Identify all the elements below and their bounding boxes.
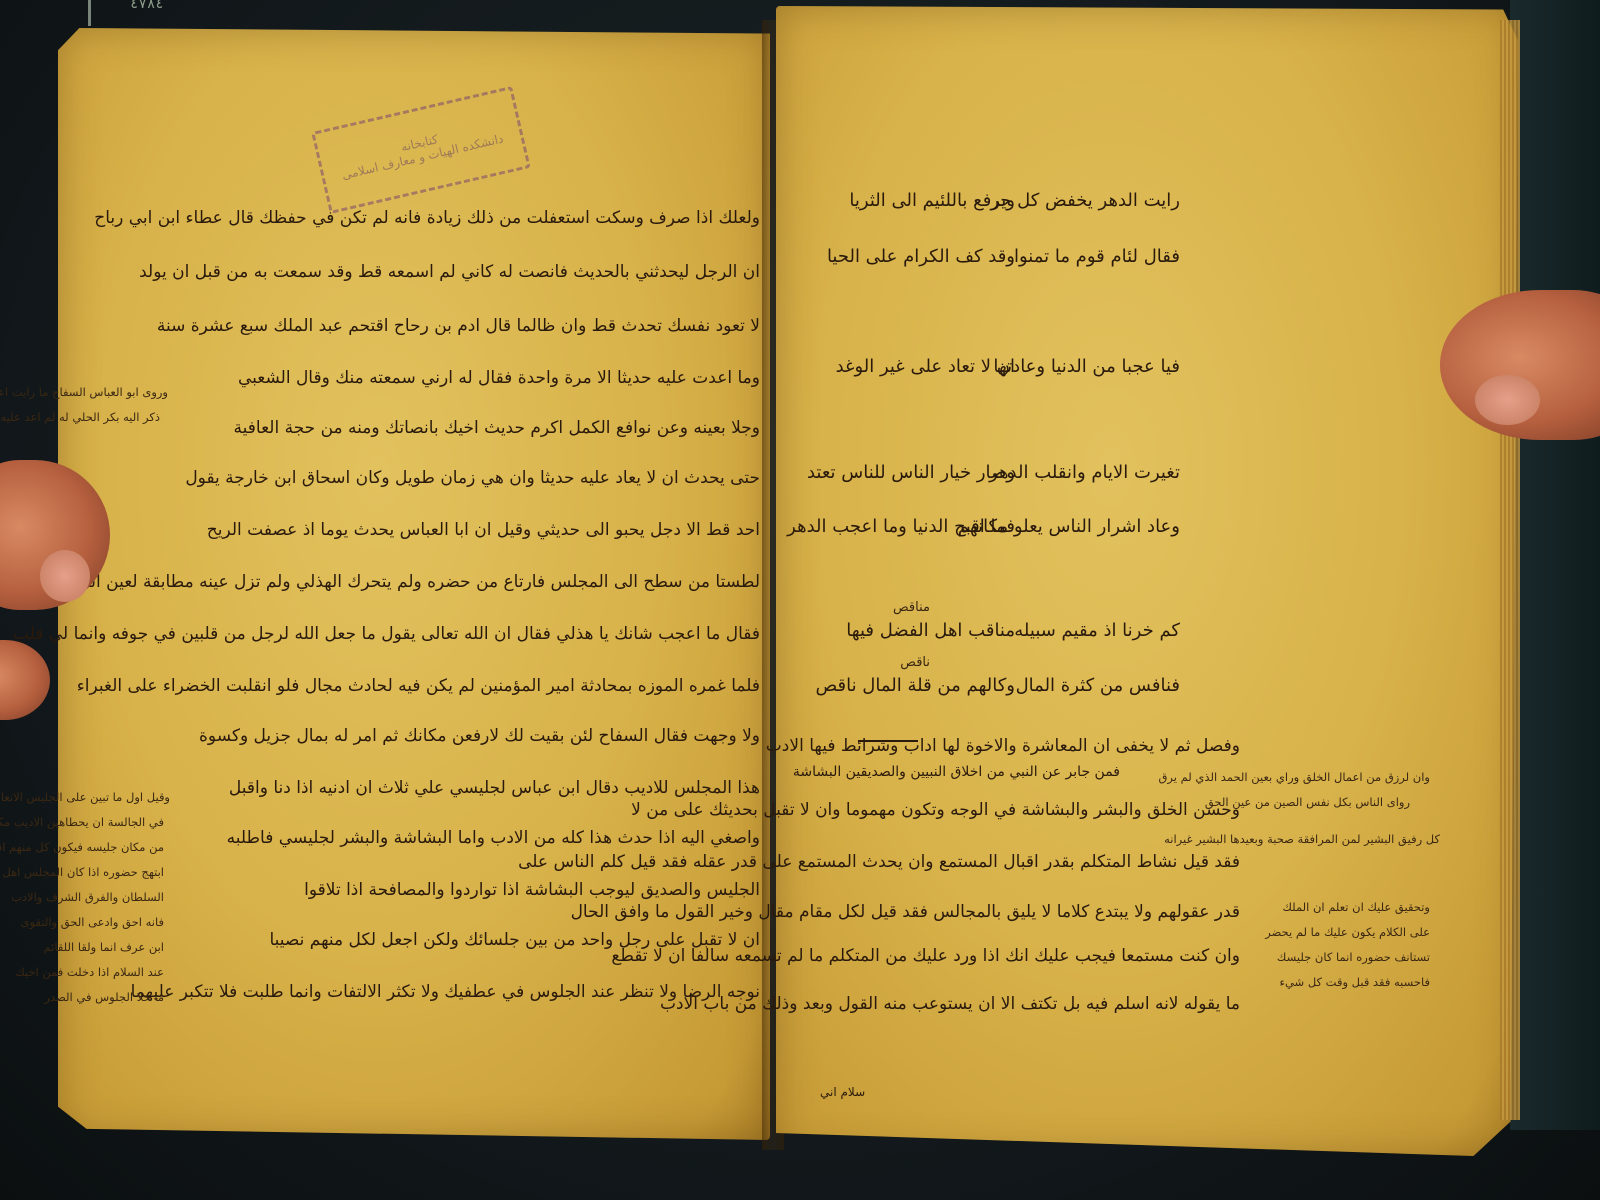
left-main-line: ولا وجهت فقال السفاح لئن بقيت لك لارفعن …: [199, 726, 760, 746]
right-main-line: فمن جابر عن النبي من اخلاق النبيين والصد…: [793, 764, 1120, 780]
shelf-mark-label: ٤٧٨٤: [130, 0, 164, 12]
left-margin-note: فانه احق وادعى الحق والتقوى: [21, 915, 164, 929]
left-margin-note: ابتهج حضوره اذا كان المجلس اهل: [2, 865, 164, 879]
folio-note: سلام اني: [820, 1085, 865, 1099]
left-main-line: وما اعدت عليه حديثا الا مرة واحدة فقال ل…: [238, 368, 760, 388]
verse-left-hemistich: وكالهم من قلة المال ناقص: [815, 675, 1015, 696]
verse-right-hemistich: فنافس من كثرة المال: [1016, 675, 1180, 696]
left-main-line: ان الرجل ليحدثني بالحديث فانصت له كاني ل…: [139, 262, 760, 282]
verse-right-hemistich: تغيرت الايام وانقلب الدهر: [989, 462, 1180, 483]
right-margin-note: تستانف حضوره انما كان جليسك: [1277, 950, 1430, 964]
page-edges: [1500, 20, 1520, 1120]
verse-left-hemistich: وقد كف الكرام على الحيا: [827, 246, 1015, 267]
left-margin-note: وروى ابو العباس السفاح ما رايت اعز ربوت: [0, 385, 168, 399]
left-thumbnail: [40, 550, 90, 602]
left-main-line: فلما غمره الموزه بمحادثة امير المؤمنين ل…: [77, 676, 760, 696]
left-main-line: لطستا من سطح الى المجلس فارتاع من حضره و…: [51, 572, 760, 592]
verse-right-hemistich: فيا عجبا من الدنيا وعادتها: [993, 356, 1180, 377]
right-main-line: وان كنت مستمعا فيجب عليك انك اذا ورد علي…: [611, 946, 1240, 966]
left-main-line: الجليس والصديق ليوجب البشاشة اذا تواردوا…: [304, 880, 760, 900]
right-main-line: وحسن الخلق والبشر والبشاشة في الوجه وتكو…: [631, 800, 1240, 820]
right-main-line: قدر عقولهم ولا يبتدع كلاما لا يليق بالمج…: [571, 902, 1240, 922]
verse-right-hemistich: رايت الدهر يخفض كل حر: [990, 190, 1180, 211]
left-main-line: لا تعود نفسك تحدث قط وان ظالما قال ادم ب…: [157, 316, 760, 336]
right-margin-note: على الكلام يكون عليك ما لم يحضر: [1265, 925, 1430, 939]
left-margin-note: من مكان جليسه فيكون كل منهم اقرانا: [0, 840, 164, 854]
right-thumbnail: [1475, 375, 1540, 425]
verse-right-hemistich: فقال لئام قوم ما تمنوا: [1014, 246, 1180, 267]
verse-left-hemistich: فما اقبح الدنيا وما اعجب الدهر: [787, 516, 1015, 537]
shelf-mark-rule: [88, 0, 91, 26]
left-main-line: ولعلك اذا صرف وسكت استعفلت من ذلك زيادة …: [94, 208, 760, 228]
left-main-line: احد قط الا دجل يحبو الى حديثي وقيل ان اب…: [207, 520, 760, 540]
left-margin-note: ابن عرف انما ولقا اللقائم: [43, 940, 164, 954]
verse-left-hemistich: وصار خيار الناس للناس تعتد: [807, 462, 1015, 483]
left-main-line: حتى يحدث ان لا يعاد عليه حديثا وان هي زم…: [185, 468, 760, 488]
right-margin-note: كل رفيق البشير لمن المرافقة صحبة وبعيدها…: [1164, 832, 1440, 846]
right-main-line: فقد قيل نشاط المتكلم بقدر اقبال المستمع …: [518, 852, 1240, 872]
left-main-line: وجلا بعينه وعن نوافع الكمل اكرم حديث اخي…: [234, 418, 760, 438]
right-main-line: ما يقوله لانه اسلم فيه بل تكتف الا ان يس…: [660, 994, 1240, 1014]
left-margin-note: في الجالسة ان يحطاهين الاديب مكانا: [0, 815, 164, 829]
left-main-line: فقال ما اعجب شانك يا هذلي فقال ان الله ت…: [13, 624, 760, 644]
verse-gloss: مناقص: [893, 600, 930, 615]
book-cover-right: [1510, 0, 1600, 1130]
right-margin-note: وان لرزق من اعمال الخلق وراي بعين الحمد …: [1158, 770, 1430, 784]
left-margin-note: وقيل اول ما تبين على الجليس الانعاف: [0, 790, 170, 804]
right-margin-note: فاحسبه فقد قبل وقت كل شيء: [1280, 975, 1430, 989]
verse-gloss: ناقص: [900, 655, 930, 670]
right-main-line: وفصل ثم لا يخفى ان المعاشرة والاخوة لها …: [766, 736, 1240, 756]
verse-left-hemistich: ان لا تعاد على غير الوغد: [836, 356, 1015, 377]
left-margin-note: السلطان والفرق الشرف والادب: [11, 890, 164, 904]
left-main-line: واصغي اليه اذا حدث هذا كله من الادب واما…: [227, 828, 760, 848]
left-main-line: هذا المجلس للاديب دقال ابن عباس لجليسي ع…: [229, 778, 760, 798]
right-margin-note: رواى الناس بكل نفس الصين من عين الحق: [1205, 795, 1410, 809]
verse-left-hemistich: مناقب اهل الفضل فيها: [846, 620, 1015, 641]
left-margin-note: ذكر اليه بكر الحلي له لم اعد عليه حديثا …: [0, 410, 160, 424]
left-margin-note: عند السلام اذا دخلت فمن اخيك: [15, 965, 164, 979]
verse-left-hemistich: ويرفع باللئيم الى الثريا: [849, 190, 1015, 211]
right-margin-note: وتحقيق عليك ان تعلم ان الملك: [1282, 900, 1430, 914]
verse-right-hemistich: كم خرنا اذ مقيم سبيله: [1014, 620, 1180, 641]
left-margin-note: ما خلا الجلوس في الصدر: [44, 990, 164, 1004]
